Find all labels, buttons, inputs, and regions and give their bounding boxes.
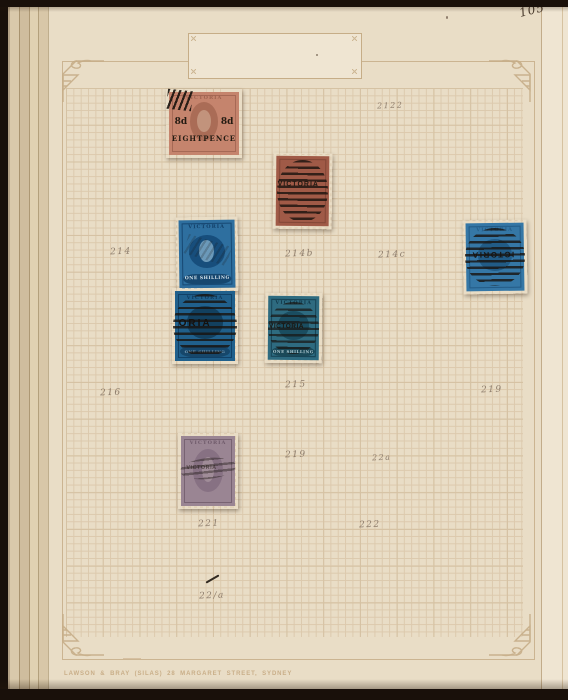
annotation-214b: 214b <box>285 248 314 259</box>
annotation-214c: 214c <box>378 250 407 261</box>
postmark-letters-inverted: ICTORIA <box>471 250 514 260</box>
annotation-215: 215 <box>285 380 307 391</box>
stamp-paper: VICTORIA ONE SHILLING <box>179 220 236 289</box>
postmark-letters: ORIA <box>179 318 212 329</box>
stamp-country-text: VICTORIA <box>181 440 235 446</box>
corner-ornament-top-right <box>489 54 537 102</box>
value-band: ONE SHILLING <box>184 273 231 284</box>
annotation-221a: 22/a <box>199 591 225 602</box>
stamp-blue-inverted-cancel: VICTORIA ICTORIA <box>462 220 527 295</box>
title-box <box>188 33 362 79</box>
stamp-one-shilling-teal: VICTORIA ONE SHILLING VICTORIA <box>265 293 323 363</box>
annotation-221: 221 <box>198 519 220 530</box>
pencil-speck <box>446 16 448 19</box>
stamp-one-shilling-blue: VICTORIA ONE SHILLING <box>175 217 238 292</box>
surcharge-8d-left: 8d <box>175 117 188 127</box>
postmark-victoria-text: VICTORIA <box>269 323 304 330</box>
title-box-corner-mark <box>191 36 196 41</box>
annotation-2122: 2122 <box>377 101 404 111</box>
underlying-page-edge <box>541 6 568 690</box>
annotation-219: 219 <box>285 450 307 461</box>
album-page-fore-edges <box>0 0 58 700</box>
annotation-216: 216 <box>100 388 122 399</box>
stamp-paper: VICTORIA ICTORIA <box>466 223 525 292</box>
underlying-page-edge-line <box>562 6 563 690</box>
surcharge-8d-right: 8d <box>221 117 234 127</box>
stamp-album-page-photo: LAWSON & BRAY (SILAS) 28 MARGARET STREET… <box>0 0 568 700</box>
stamp-eightpence-surcharge: VICTORIA 8d 8d EIGHTPENCE <box>166 89 242 158</box>
surcharge-eightpence: EIGHTPENCE <box>169 134 239 143</box>
stamp-lilac-victoria: VICTORIA VICTORIA <box>178 433 238 509</box>
title-box-corner-mark <box>352 36 357 41</box>
postmark-victoria-text: VICTORIA <box>278 180 319 187</box>
stamp-one-shilling-dark-blue: VICTORIA ONE SHILLING ORIA <box>172 288 238 364</box>
postmark-bars <box>166 89 193 112</box>
postmark-victoria-text: VICTORIA <box>186 465 216 471</box>
ornament-micro-text <box>123 658 141 659</box>
barred-oval-postmark <box>277 160 329 222</box>
stamp-paper: VICTORIA ONE SHILLING ORIA <box>175 291 235 361</box>
title-box-corner-mark <box>191 69 196 74</box>
corner-ornament-bottom-right <box>489 614 537 662</box>
annotation-219-right: 219 <box>481 385 503 396</box>
photo-dark-edge-top <box>0 0 568 7</box>
stamp-paper: VICTORIA VICTORIA <box>181 436 235 506</box>
publisher-imprint: LAWSON & BRAY (SILAS) 28 MARGARET STREET… <box>64 671 292 677</box>
stamp-red-brown-victoria: VICTORIA <box>273 153 333 230</box>
stamp-paper: VICTORIA ONE SHILLING VICTORIA <box>268 296 320 360</box>
stamp-paper: VICTORIA <box>276 156 330 227</box>
photo-dark-edge-bottom <box>0 689 568 700</box>
annotation-22a: 22a <box>372 453 392 463</box>
corner-ornament-top-left <box>56 54 104 102</box>
corner-ornament-bottom-left <box>56 614 104 662</box>
surcharge-values: 8d 8d <box>175 117 234 127</box>
annotation-222: 222 <box>359 520 381 531</box>
annotation-214: 214 <box>110 247 132 258</box>
stamp-country-text: VICTORIA <box>179 224 235 231</box>
title-box-corner-mark <box>352 69 357 74</box>
page-bottom-shadow <box>0 679 568 689</box>
stamp-paper: VICTORIA 8d 8d EIGHTPENCE <box>169 92 239 155</box>
pencil-speck <box>316 54 318 56</box>
page-top-shadow <box>0 7 568 12</box>
